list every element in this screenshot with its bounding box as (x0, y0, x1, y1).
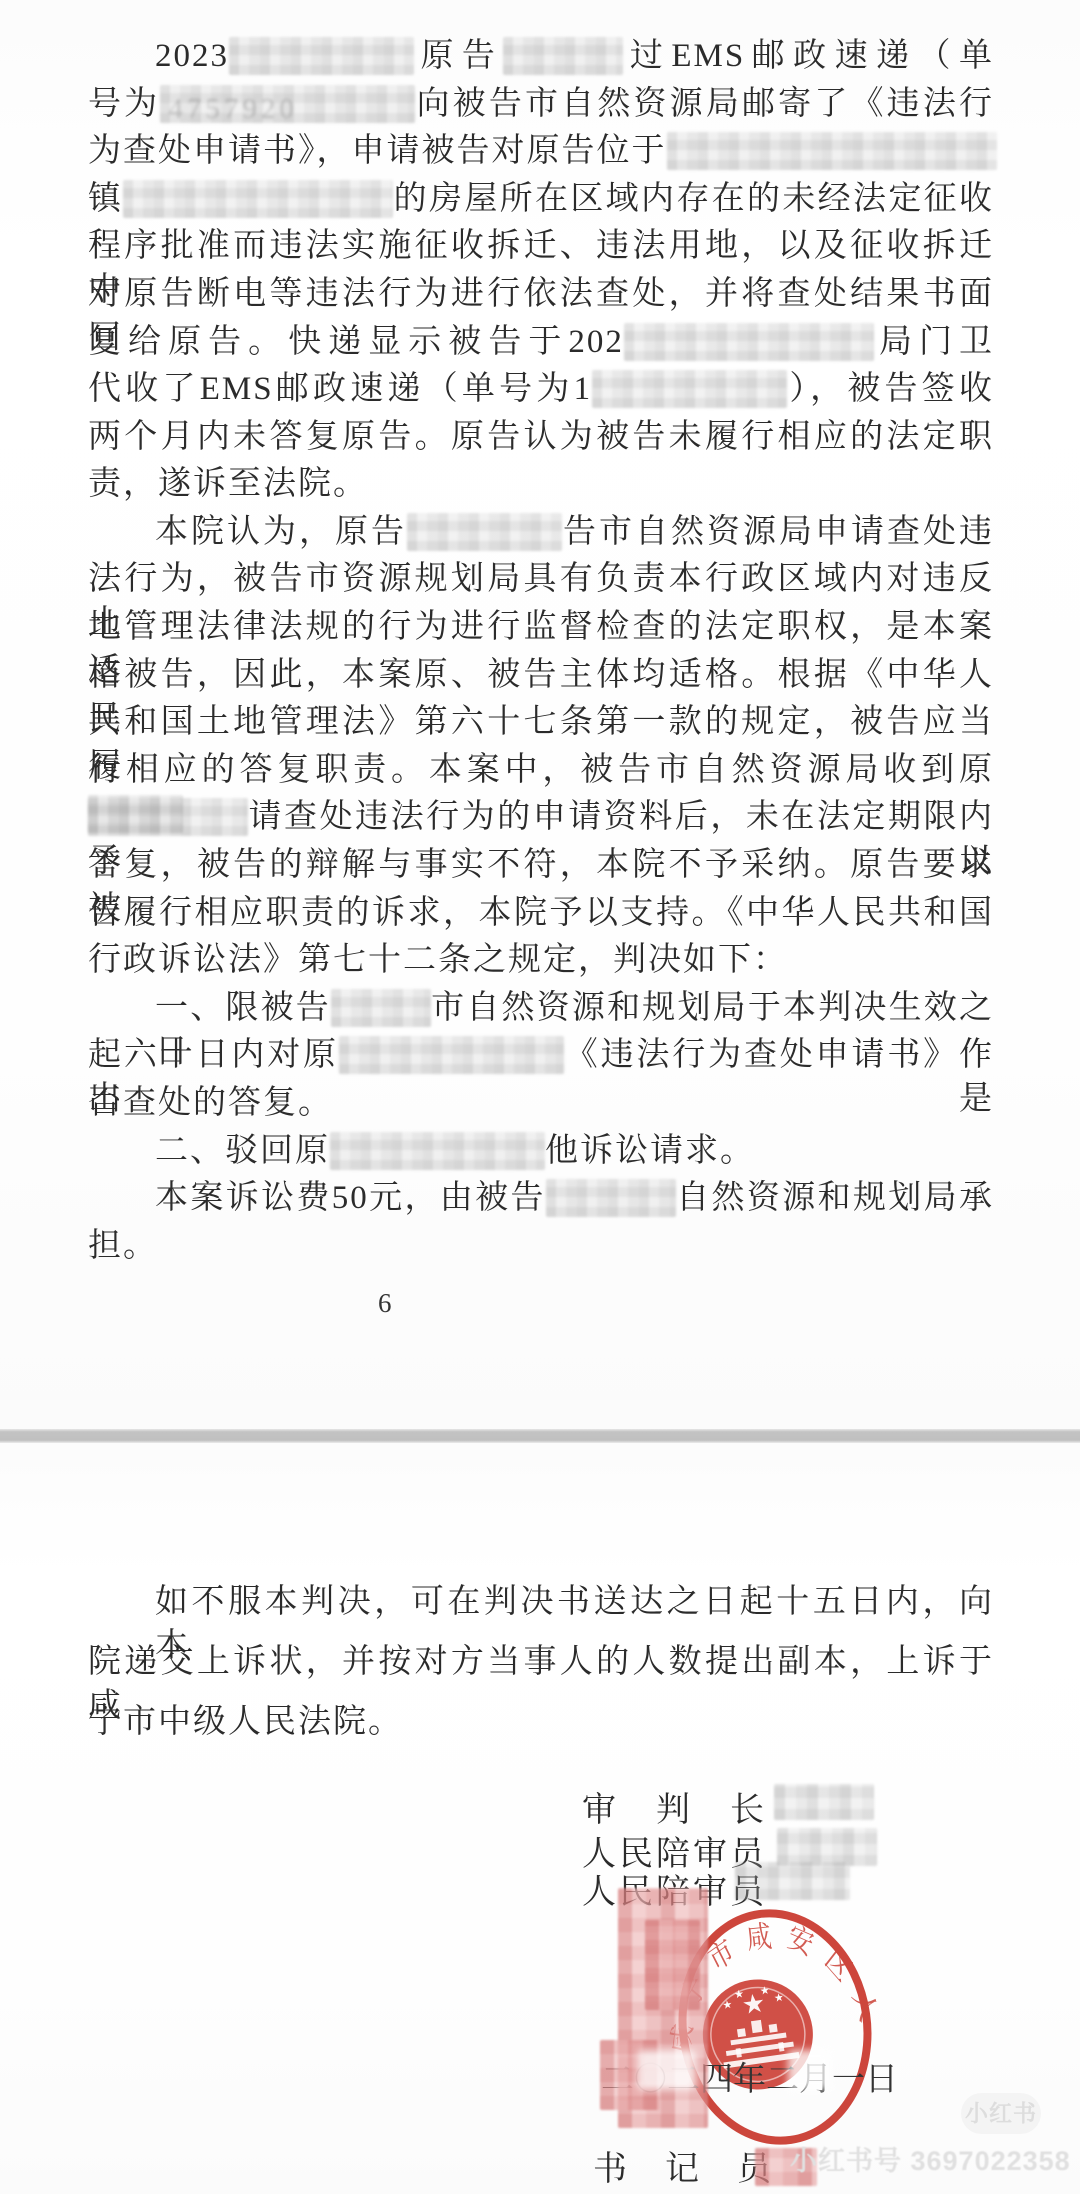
line-text: 起六十日内对原 (88, 1037, 339, 1073)
redaction-faint-digits: 4757920 (168, 87, 298, 123)
line-text: 的房屋所在区域内存在的未经法定征收 (393, 181, 994, 217)
svg-text:★: ★ (733, 1987, 745, 2001)
line-text: 向被告市自然资源局邮寄了《违法行 (415, 86, 994, 122)
line-text: 局门卫 (874, 324, 994, 360)
xiaohongshu-watermark-badge: 小红书 (961, 2093, 1041, 2134)
redaction-blur (330, 1132, 545, 1170)
document-line: 本案诉讼费50元，由被告自然资源和规划局承 (88, 1176, 994, 1222)
document-line: 请查处违法行为的申请资料后，未在法定期限内予以 (88, 795, 994, 841)
document-line: 号为4757920向被告市自然资源局邮寄了《违法行 (88, 82, 994, 128)
line-text: 二、驳回原 (155, 1133, 330, 1169)
judgment-page-2 (0, 1443, 1080, 2194)
redaction-blur (624, 323, 874, 361)
line-text: 过EMS邮政速递（单 (623, 38, 994, 74)
document-line: 二、驳回原他诉讼请求。 (88, 1129, 994, 1175)
line-text: 两个月内未答复原告。原告认为被告未履行相应的法定职 (88, 419, 994, 455)
document-line: 镇的房屋所在区域内存在的未经法定征收 (88, 177, 994, 223)
document-line: 如不服本判决，可在判决书送达之日起十五日内，向本 (88, 1580, 994, 1626)
judgment-page-1: 2023原告过EMS邮政速递（单号为4757920向被告市自然资源局邮寄了《违法… (0, 0, 1080, 1429)
line-text: 原告 (414, 38, 503, 74)
document-line: 否查处的答复。 (88, 1081, 994, 1127)
redaction-blur: 4757920 (160, 85, 415, 123)
line-text: 2023 (155, 38, 229, 74)
signature-name-redaction (777, 1828, 877, 1866)
line-text: 代收了EMS邮政速递（单号为1 (88, 371, 592, 407)
document-line: 复给原告。快递显示被告于202局门卫 (88, 320, 994, 366)
line-text: 镇 (88, 181, 123, 217)
document-line: 程序批准而违法实施征收拆迁、违法用地，以及征收拆迁中 (88, 224, 994, 270)
document-line: 答复，被告的辩解与事实不符，本院不予采纳。原告要求被 (88, 843, 994, 889)
line-text: 行相应的答复职责。本案中，被告市自然资源局收到原 (88, 752, 994, 788)
line-text: 复给原告。快递显示被告于202 (88, 324, 624, 360)
line-text: 为查处申请书》，申请被告对原告位于 (88, 133, 667, 169)
signature-name-redaction (735, 1862, 850, 1900)
document-line: 法行为，被告市资源规划局具有负责本行政区域内对违反土 (88, 557, 994, 603)
document-line: 行政诉讼法》第七十二条之规定，判决如下： (88, 938, 994, 984)
signature-role-label: 审 判 长 (582, 1782, 767, 1831)
redaction-blur (88, 798, 248, 836)
line-text: 本案诉讼费50元，由被告 (155, 1180, 546, 1216)
line-text: 一、限被告 (155, 990, 331, 1026)
redaction-blur (546, 1179, 676, 1217)
line-text: 宁市中级人民法院。 (88, 1704, 403, 1740)
line-text: 行政诉讼法》第七十二条之规定，判决如下： (88, 942, 788, 978)
redaction-blur (667, 132, 997, 170)
date-fog-patch (788, 2050, 830, 2090)
line-text: 自然资源和规划局承 (676, 1180, 994, 1216)
seal-area-redaction (645, 1920, 700, 2010)
document-line: 本院认为，原告告市自然资源局申请查处违 (88, 510, 994, 556)
document-line: 为查处申请书》，申请被告对原告位于 (88, 129, 994, 175)
document-line: 格被告，因此，本案原、被告主体均适格。根据《中华人民 (88, 653, 994, 699)
xiaohongshu-watermark-id: 小红书号 3697022358 (790, 2139, 1071, 2178)
document-line: 代收了EMS邮政速递（单号为1），被告签收 (88, 367, 994, 413)
date-fog-patch (638, 2050, 696, 2090)
page-number: 6 (378, 1288, 392, 1319)
scanned-court-judgment-photo: { "page1": { "lines": [ {"y":34,"indent"… (0, 0, 1080, 2194)
line-text: 责，遂诉至法院。 (88, 466, 368, 502)
redaction-blur (123, 180, 393, 218)
redaction-blur (407, 513, 562, 551)
document-line: 起六十日内对原《违法行为查处申请书》作出是 (88, 1033, 994, 1079)
document-line: 一、限被告市自然资源和规划局于本判决生效之日 (88, 986, 994, 1032)
document-line: 共和国土地管理法》第六十七条第一款的规定，被告应当履 (88, 700, 994, 746)
document-line: 两个月内未答复原告。原告认为被告未履行相应的法定职 (88, 415, 994, 461)
line-text: 告履行相应职责的诉求，本院予以支持。《中华人民共和国 (88, 895, 994, 931)
redaction-blur (592, 370, 787, 408)
document-line: 责，遂诉至法院。 (88, 462, 994, 508)
document-line: 2023原告过EMS邮政速递（单 (88, 34, 994, 80)
line-text: 号为 (88, 86, 160, 122)
redaction-blur (339, 1036, 564, 1074)
document-line: 告履行相应职责的诉求，本院予以支持。《中华人民共和国 (88, 891, 994, 937)
line-text: 告市自然资源局申请查处违 (562, 514, 994, 550)
document-line: 行相应的答复职责。本案中，被告市自然资源局收到原 (88, 748, 994, 794)
svg-text:★: ★ (722, 1998, 734, 2012)
document-line: 院递交上诉状，并按对方当事人的人数提出副本，上诉于咸 (88, 1640, 994, 1686)
document-line: 宁市中级人民法院。 (88, 1700, 994, 1746)
clerk-signature-line: 书 记 员 (593, 2141, 773, 2190)
line-text: 他诉讼请求。 (545, 1133, 755, 1169)
line-text: 担。 (88, 1228, 158, 1264)
line-text: 否查处的答复。 (88, 1085, 333, 1121)
svg-text:★: ★ (773, 1991, 785, 2005)
signature-name-redaction (774, 1784, 874, 1820)
redaction-blur (331, 989, 431, 1027)
document-line: 对原告断电等违法行为进行依法查处，并将查处结果书面回 (88, 272, 994, 318)
document-line: 担。 (88, 1224, 994, 1270)
svg-text:★: ★ (759, 1983, 771, 1997)
page-break-band (0, 1429, 1080, 1443)
line-text: 本院认为，原告 (155, 514, 407, 550)
line-text: ），被告签收 (787, 371, 994, 407)
redaction-blur (229, 37, 414, 75)
redaction-blur (503, 37, 623, 75)
document-line: 地管理法律法规的行为进行监督检查的法定职权，是本案适 (88, 605, 994, 651)
